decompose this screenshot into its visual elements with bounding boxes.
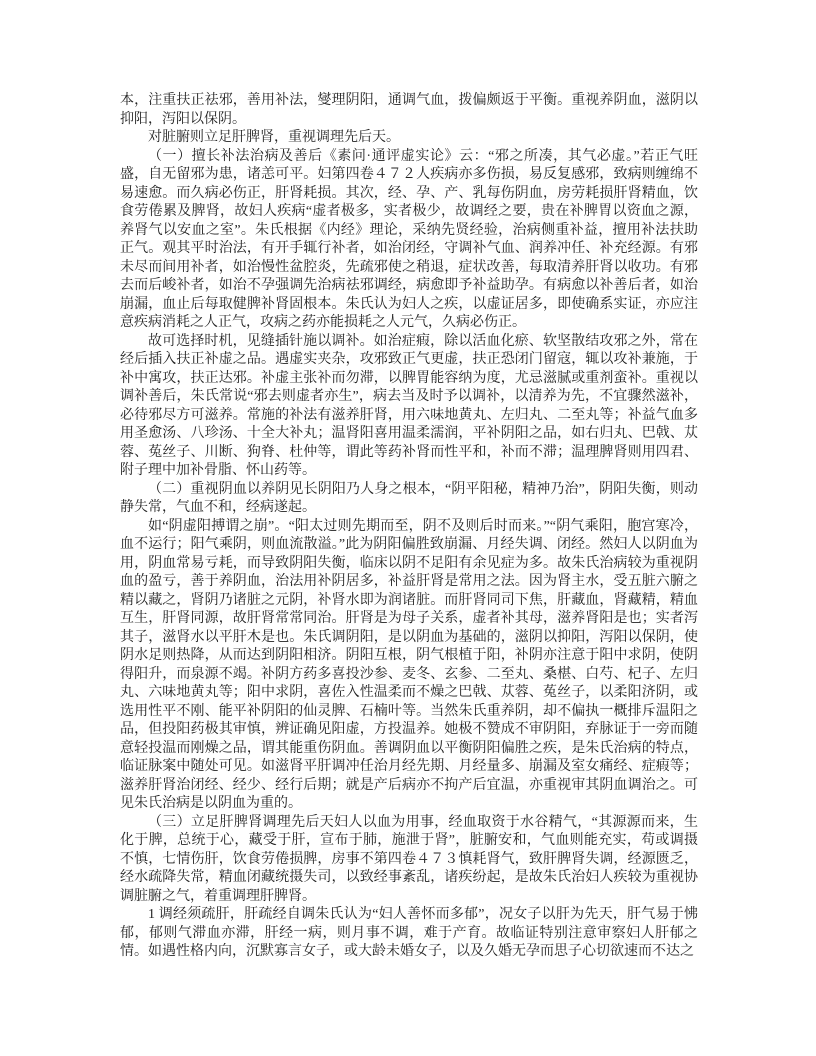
paragraph-continuation: 本，注重扶正祛邪，善用补法，燮理阴阳，通调气血，拨偏颇返于平衡。重视养阴血，滋阴… <box>120 92 698 129</box>
paragraph-section-2-yin-blood: （二）重视阴血以养阴见长阴阳乃人身之根本，“阴平阳秘，精神乃治”，阴阳失衡，则动… <box>120 481 698 518</box>
paragraph-tonic-timing: 故可选择时机，见缝插针施以调补。如治症瘕，除以活血化瘀、软坚散结攻邪之外，常在经… <box>120 333 698 481</box>
document-page: 本，注重扶正祛邪，善用补法，燮理阴阳，通调气血，拨偏颇返于平衡。重视养阴血，滋阴… <box>0 0 816 1056</box>
paragraph-liver-soothing: 1 调经须疏肝，肝疏经自调朱氏认为“妇人善怀而多郁”，况女子以肝为先天，肝气易于… <box>120 906 698 962</box>
paragraph-zangfu-intro: 对脏腑则立足肝脾肾，重视调理先后天。 <box>120 129 698 148</box>
paragraph-yin-yang-balance: 如“阴虚阳搏谓之崩”。“阳太过则先期而至，阴不及则后时而来。”“阴气乘阳，胞宫寒… <box>120 518 698 814</box>
paragraph-section-3-liver-spleen-kidney: （三）立足肝脾肾调理先后天妇人以血为用事，经血取资于水谷精气，“其源源而来，生化… <box>120 814 698 907</box>
text-block: 本，注重扶正祛邪，善用补法，燮理阴阳，通调气血，拨偏颇返于平衡。重视养阴血，滋阴… <box>120 92 698 962</box>
paragraph-section-1-tonics: （一）擅长补法治病及善后《素问·通评虚实论》云：“邪之所凑，其气必虚。”若正气旺… <box>120 148 698 333</box>
